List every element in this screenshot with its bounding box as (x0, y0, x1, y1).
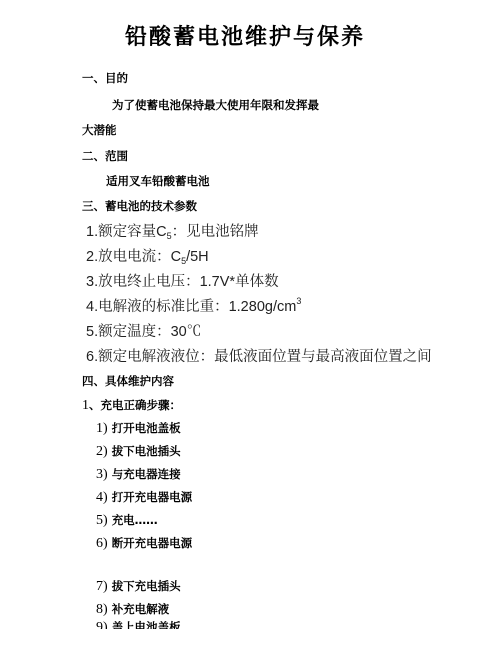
param-electrolyte-density: 4.电解液的标准比重：1.280g/cm3 (86, 295, 301, 316)
param-rated-temperature: 5.额定温度：30℃ (86, 320, 201, 341)
section-heading-maintenance: 四、具体维护内容 (82, 373, 174, 389)
param-electrolyte-level: 6.额定电解液液位：最低液面位置与最高液面位置之间 (86, 345, 432, 366)
step-item: 8) 补充电解液 (96, 601, 169, 618)
step-item: 4) 打开充电器电源 (96, 489, 192, 506)
param-rated-capacity: 1.额定容量C5：见电池铭牌 (86, 220, 259, 241)
step-item: 5) 充电…… (96, 512, 158, 529)
step-item: 7) 拔下充电插头 (96, 578, 181, 595)
purpose-text-line2: 大潜能 (82, 122, 117, 138)
step-item: 6) 断开充电器电源 (96, 535, 192, 552)
document-title: 铅酸蓄电池维护与保养 (0, 20, 490, 51)
param-discharge-current: 2.放电电流：C5/5H (86, 245, 209, 266)
section-heading-purpose: 一、目的 (82, 70, 128, 86)
charging-steps-heading: 1、充电正确步骤： (82, 397, 181, 414)
purpose-text-line1: 为了使蓄电池保持最大使用年限和发挥最 (112, 97, 319, 113)
step-item: 3) 与充电器连接 (96, 466, 181, 483)
section-heading-scope: 二、范围 (82, 148, 128, 164)
section-heading-tech-params: 三、蓄电池的技术参数 (82, 198, 197, 214)
param-cutoff-voltage: 3.放电终止电压：1.7V*单体数 (86, 270, 279, 291)
step-item: 2) 拔下电池插头 (96, 443, 181, 460)
step-item: 1) 打开电池盖板 (96, 420, 181, 437)
step-item-partial: 9) 盖上电池盖板 (96, 619, 181, 629)
scope-text: 适用叉车铅酸蓄电池 (106, 173, 210, 189)
